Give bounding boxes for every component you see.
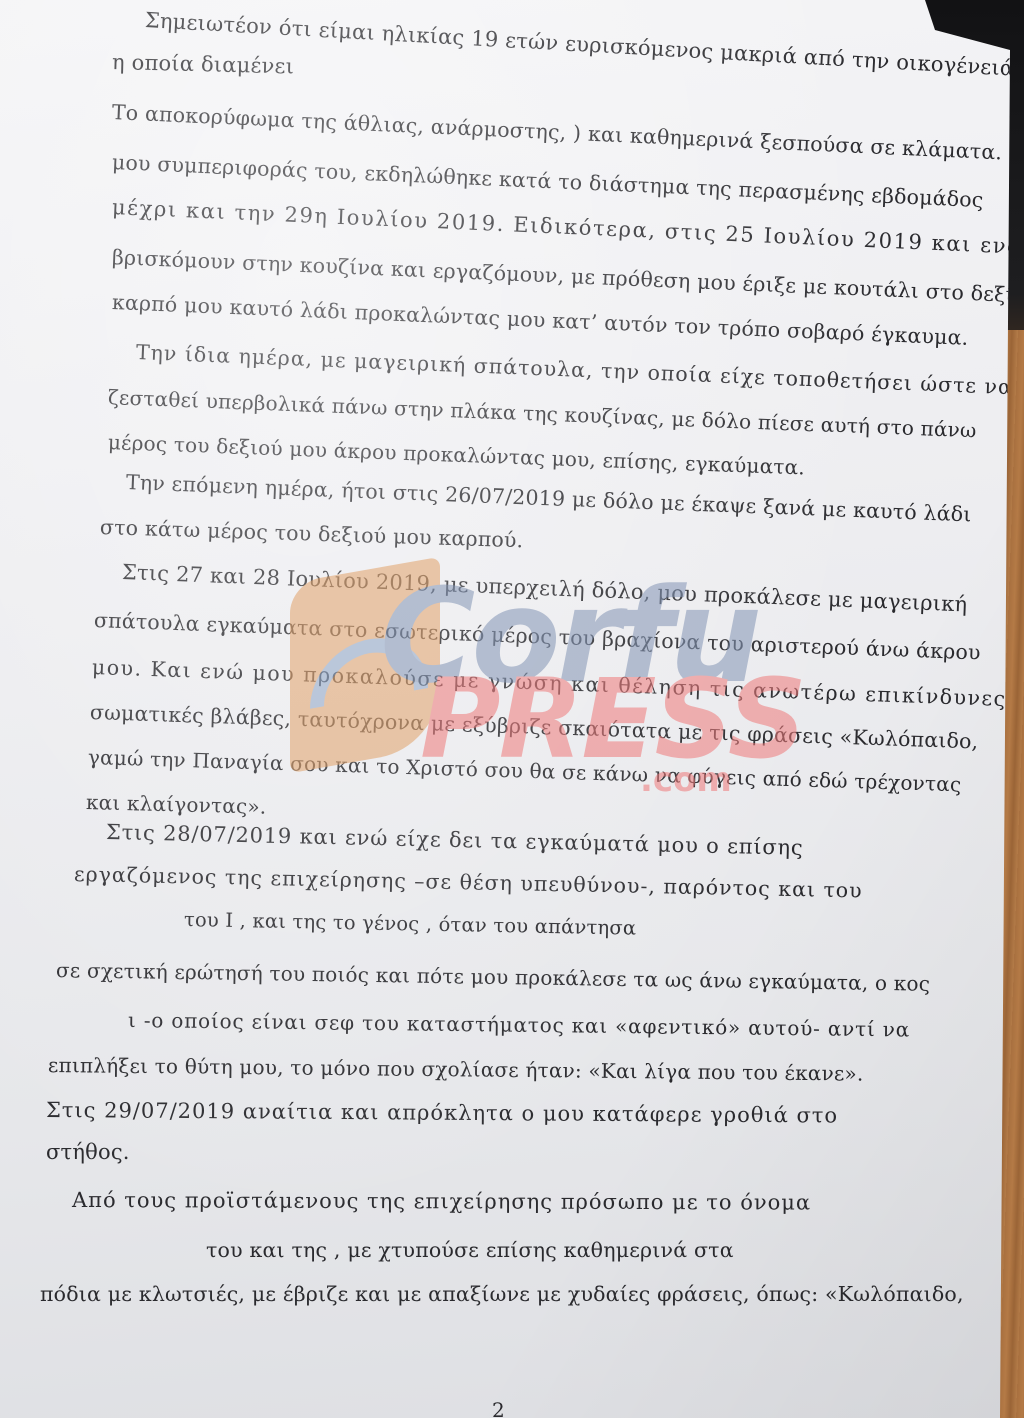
text-line: του και της , με χτυπούσε επίσης καθημερ… (206, 1238, 734, 1262)
text-line: σπάτουλα εγκαύματα στο εσωτερικό μέρος τ… (94, 608, 982, 664)
text-line: στο κάτω μέρος του δεξιού μου καρπού. (100, 515, 524, 552)
text-line: Στις 29/07/2019 αναίτια και απρόκλητα ο … (46, 1098, 838, 1128)
text-line: και κλαίγοντας». (86, 790, 267, 819)
text-line: ι -ο οποίος είναι σεφ του καταστήματος κ… (128, 1008, 910, 1042)
text-line: σε σχετική ερώτησή του ποιός και πότε μο… (56, 958, 930, 996)
text-line: Την επόμενη ημέρα, ήτοι στις 26/07/2019 … (126, 470, 972, 526)
text-line: γαμώ την Παναγία σου και το Χριστό σου θ… (88, 745, 962, 796)
text-line: Στις 27 και 28 Ιουλίου 2019, με υπερχειλ… (122, 560, 968, 616)
document-page: Σημειωτέον ότι είμαι ηλικίας 19 ετών ευρ… (0, 0, 1010, 1418)
text-line: Το αποκορύφωμα της άθλιας, ανάρμοστης, )… (111, 100, 1002, 164)
text-line: Από τους προϊστάμενους της επιχείρησης π… (72, 1188, 811, 1215)
text-line: επιπλήξει το θύτη μου, το μόνο που σχολί… (48, 1053, 864, 1086)
text-line: η οποία διαμένει (112, 50, 295, 78)
text-line: του Ι , και της το γένος , όταν του απάν… (184, 908, 637, 940)
text-line: μου. Και ενώ μου προκαλούσε με γνώση και… (92, 655, 1007, 711)
text-line: στήθος. (46, 1140, 130, 1164)
page-number: 2 (492, 1398, 505, 1418)
text-line: πόδια με κλωτσιές, με έβριζε και με απαξ… (40, 1282, 964, 1306)
text-line: σωματικές βλάβες, ταυτόχρονα με εξύβριζε… (90, 700, 979, 753)
text-line: Στις 28/07/2019 και ενώ είχε δει τα εγκα… (106, 820, 804, 860)
text-line: εργαζόμενος της επιχείρησης –σε θέση υπε… (74, 862, 863, 903)
text-line: ζεσταθεί υπερβολικά πάνω στην πλάκα της … (108, 385, 977, 442)
text-line: μέρος του δεξιού μου άκρου προκαλώντας μ… (108, 430, 806, 480)
